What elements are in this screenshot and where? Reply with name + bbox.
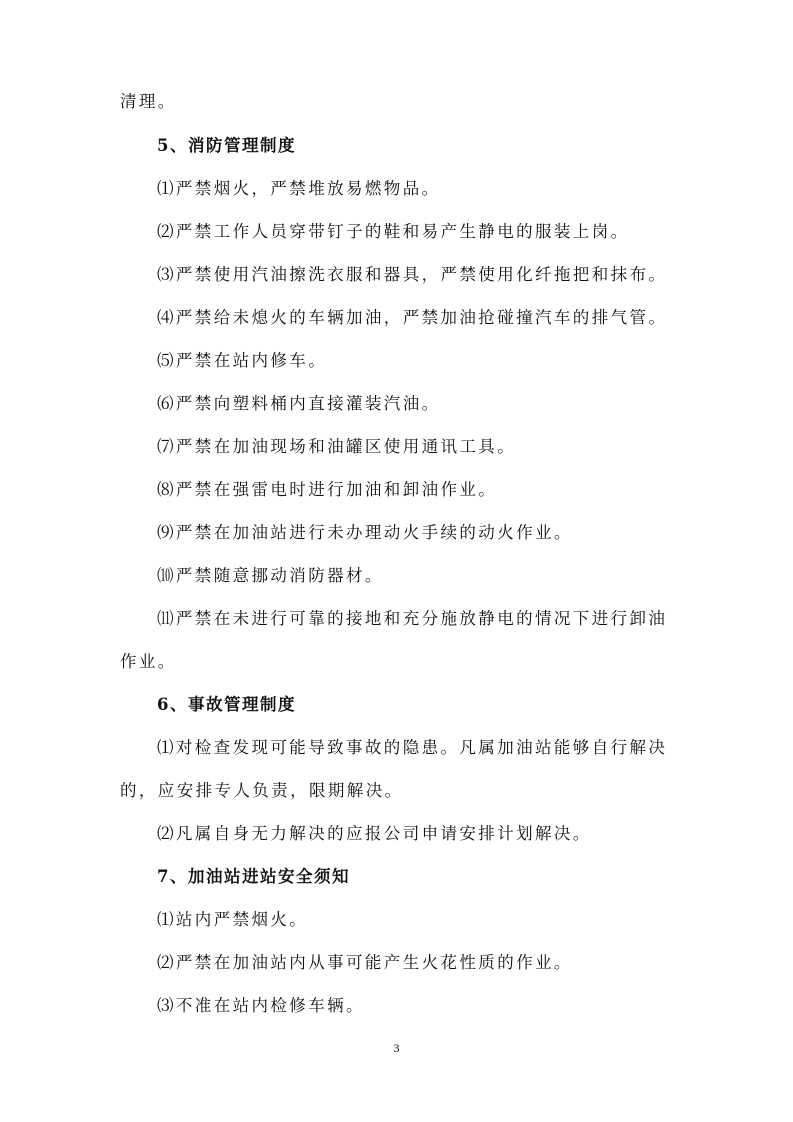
paragraph-line: ⑺严禁在加油现场和油罐区使用通讯工具。 [157, 437, 717, 457]
paragraph-line: ⑴严禁烟火，严禁堆放易燃物品。 [157, 179, 717, 199]
paragraph-line: ⑵凡属自身无力解决的应报公司申请安排计划解决。 [157, 824, 717, 844]
paragraph-line: ⑶严禁使用汽油擦洗衣服和器具，严禁使用化纤拖把和抹布。 [157, 265, 717, 285]
paragraph-line: 作业。 [120, 652, 680, 672]
section-heading: 7、加油站进站安全须知 [157, 867, 717, 887]
paragraph-line: 清理。 [120, 92, 680, 112]
paragraph-line: ⑴对检查发现可能导致事故的隐患。凡属加油站能够自行解决 [157, 738, 717, 758]
paragraph-line: ⑾严禁在未进行可靠的接地和充分施放静电的情况下进行卸油 [157, 609, 717, 629]
page-number: 3 [0, 1041, 793, 1056]
paragraph-line: ⑴站内严禁烟火。 [157, 910, 717, 930]
paragraph-line: ⑵严禁工作人员穿带钉子的鞋和易产生静电的服装上岗。 [157, 222, 717, 242]
paragraph-line: 的，应安排专人负责，限期解决。 [120, 781, 680, 801]
paragraph-line: ⑶不准在站内检修车辆。 [157, 996, 717, 1016]
section-heading: 5、消防管理制度 [157, 136, 717, 156]
paragraph-line: ⑻严禁在强雷电时进行加油和卸油作业。 [157, 480, 717, 500]
section-heading: 6、事故管理制度 [157, 695, 717, 715]
paragraph-line: ⑹严禁向塑料桶内直接灌装汽油。 [157, 394, 717, 414]
paragraph-line: ⑼严禁在加油站进行未办理动火手续的动火作业。 [157, 523, 717, 543]
paragraph-line: ⑸严禁在站内修车。 [157, 351, 717, 371]
paragraph-line: ⑵严禁在加油站内从事可能产生火花性质的作业。 [157, 953, 717, 973]
paragraph-line: ⑷严禁给未熄火的车辆加油，严禁加油抢碰撞汽车的排气管。 [157, 308, 717, 328]
document-page: 清理。5、消防管理制度⑴严禁烟火，严禁堆放易燃物品。⑵严禁工作人员穿带钉子的鞋和… [0, 0, 793, 1122]
paragraph-line: ⑽严禁随意挪动消防器材。 [157, 566, 717, 586]
